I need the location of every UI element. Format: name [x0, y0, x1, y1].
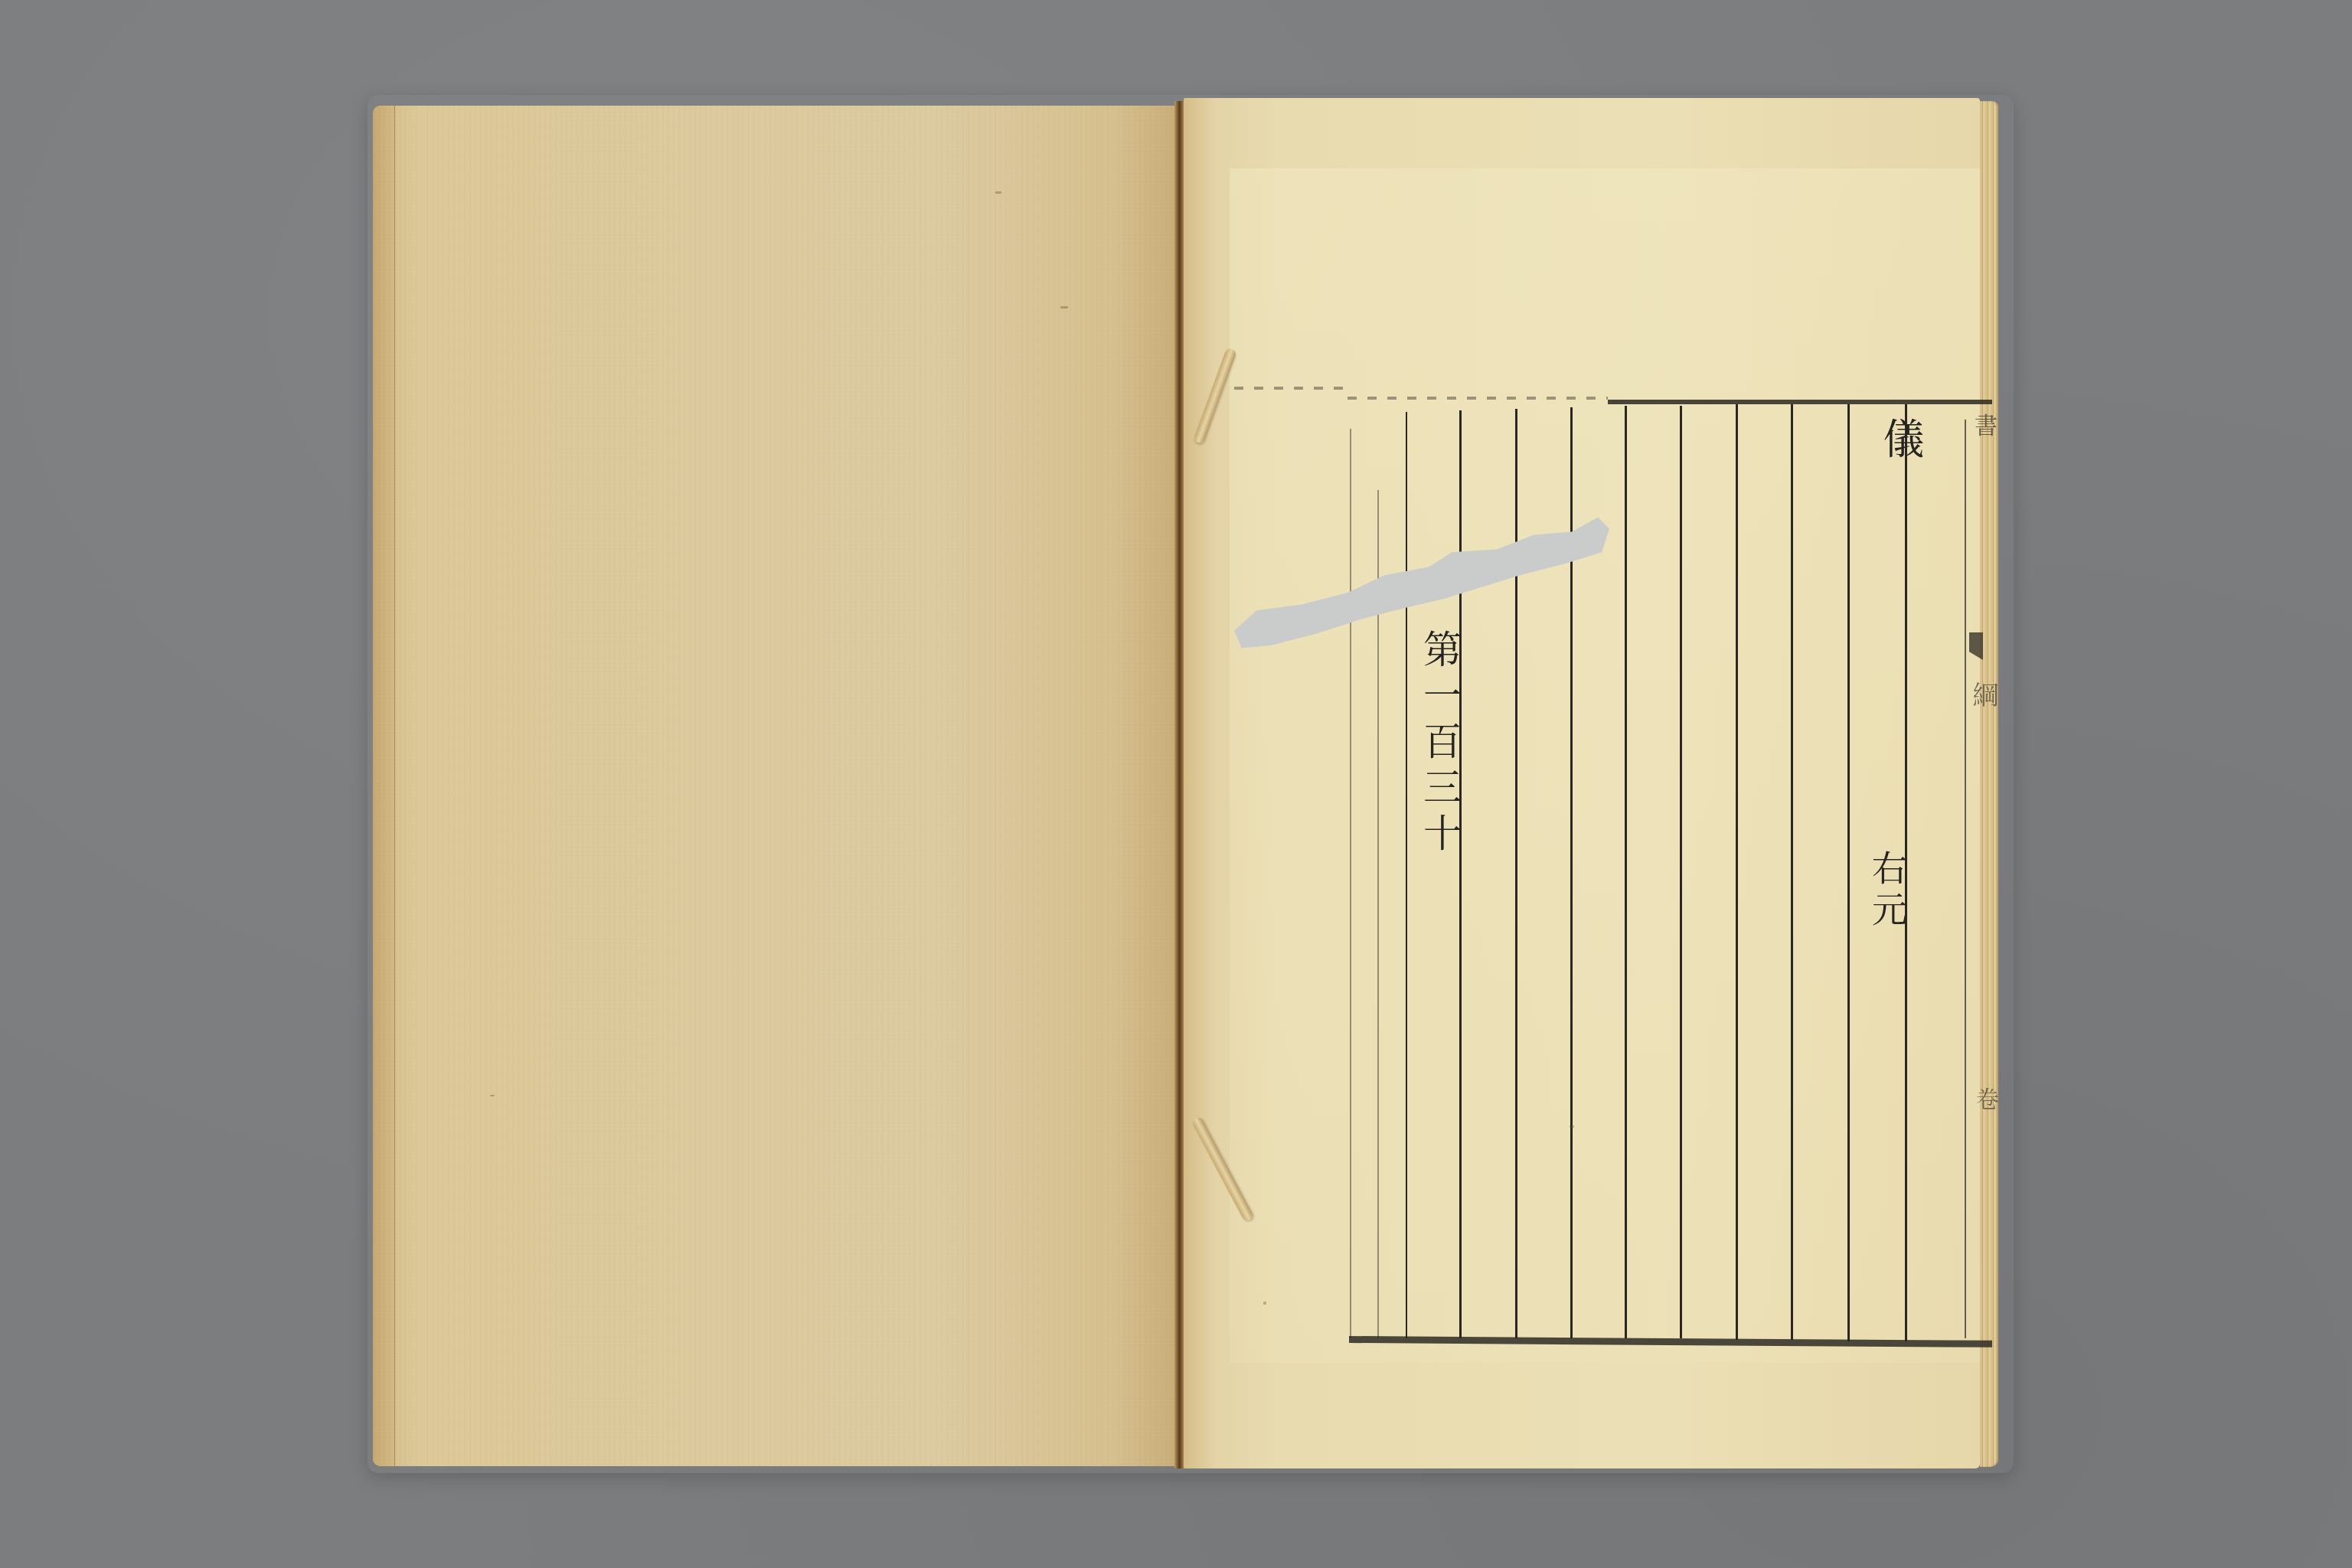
- column-line: [1736, 404, 1738, 1340]
- column-line-edge: [1965, 420, 1966, 1338]
- column-line: [1791, 404, 1793, 1340]
- edge-text-middle: 綱: [1965, 681, 2002, 710]
- column-line: [1377, 490, 1379, 1338]
- paper-speck: [490, 1095, 495, 1096]
- paper-speck: [995, 191, 1001, 194]
- paper-tone-overlay: [1230, 168, 1980, 1363]
- left-page: [373, 106, 1176, 1466]
- paper-speck: [1570, 1125, 1574, 1128]
- edge-text-bottom: 卷: [1968, 1087, 2001, 1113]
- column-title: 第一百三十: [1412, 629, 1467, 859]
- heading-character: 儀: [1871, 417, 1930, 462]
- frame-top-faint-left: [1234, 387, 1349, 390]
- column-line: [1847, 404, 1850, 1341]
- column-line: [1350, 429, 1351, 1338]
- column-line: [1459, 410, 1462, 1338]
- edge-text-top: 書: [1966, 413, 2000, 438]
- paper-speck: [1060, 306, 1068, 309]
- column-line: [1625, 406, 1627, 1338]
- frame-top-border: [1608, 400, 1992, 404]
- paper-fibers: [373, 106, 1176, 1466]
- frame-top-faint: [1347, 397, 1608, 400]
- marginal-note: 右元: [1862, 850, 1913, 933]
- paper-speck: [1263, 1302, 1266, 1305]
- column-line: [1406, 412, 1407, 1338]
- fore-edge-pages: [1980, 101, 1998, 1467]
- column-line: [1680, 406, 1682, 1338]
- right-page: [1184, 98, 1980, 1468]
